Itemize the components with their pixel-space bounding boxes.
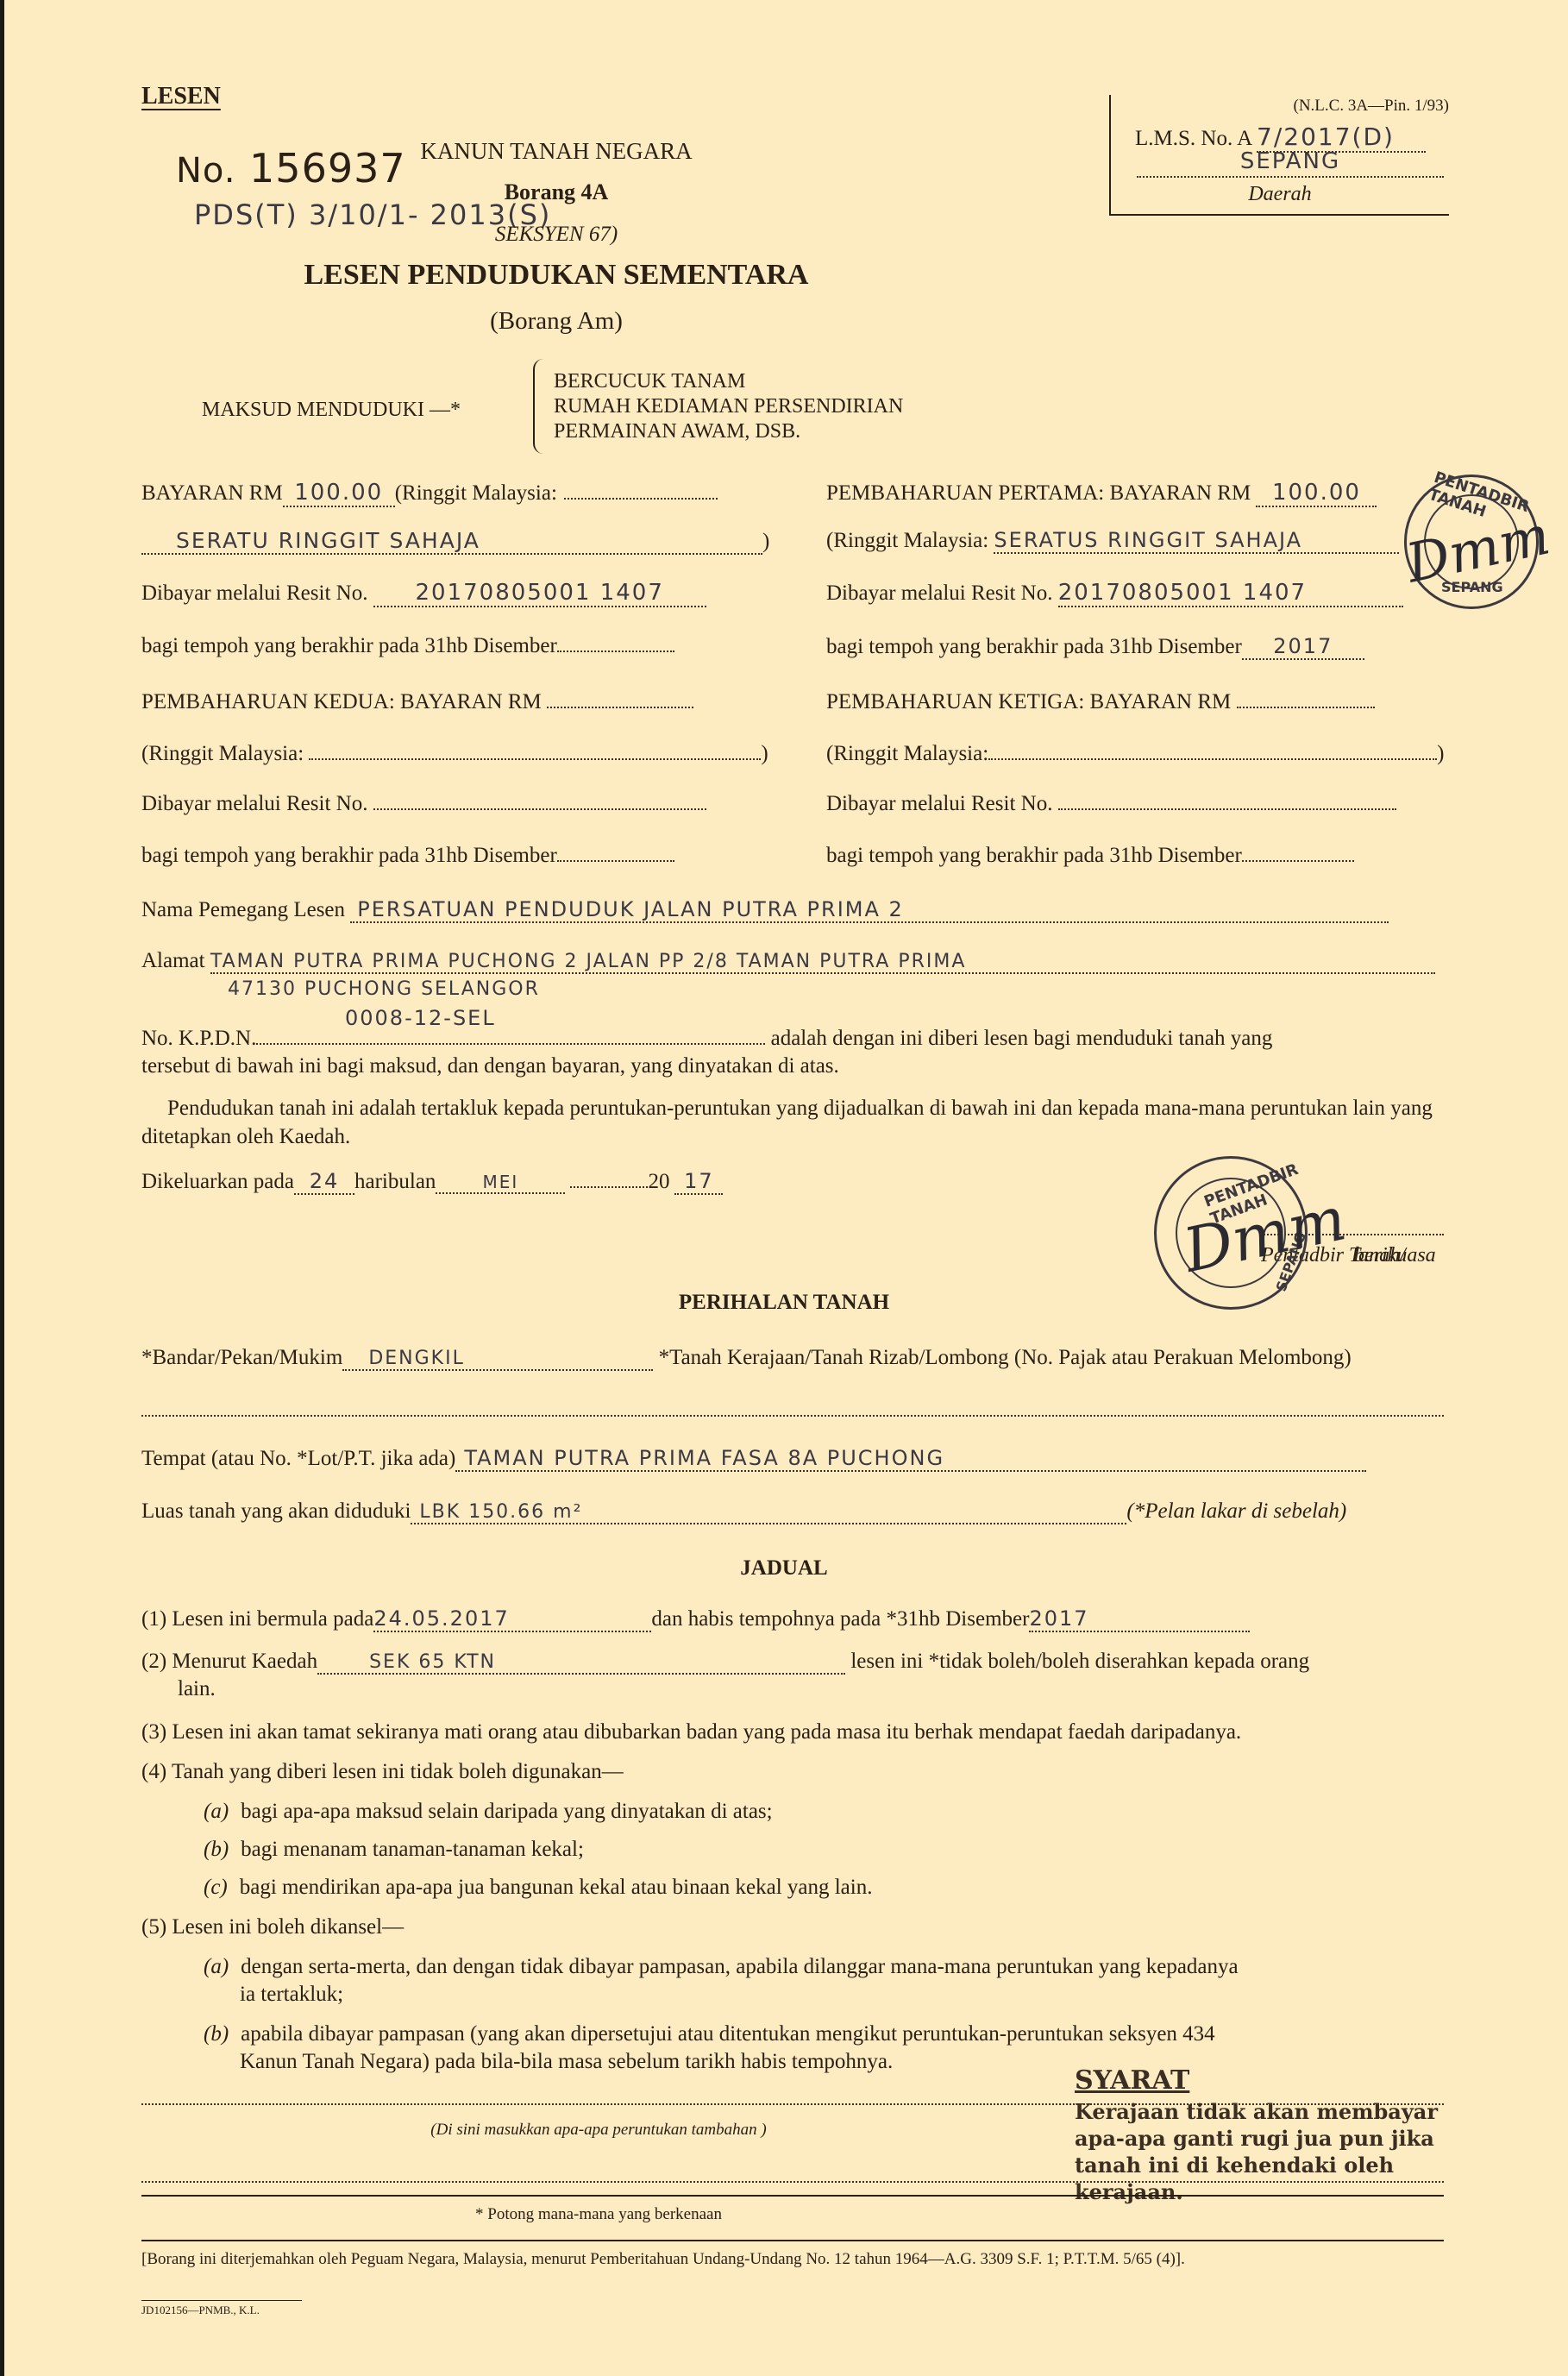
sub-mark: (a): [204, 1955, 229, 1978]
third-renewal-words: (Ringgit Malaysia:): [826, 742, 1445, 766]
purpose-option: RUMAH KEDIAMAN PERSENDIRIAN: [554, 394, 903, 419]
item5-sub-b: (b)apabila dibayar pampasan (yang akan d…: [204, 2022, 1215, 2046]
item4-sub-c: (c)bagi mendirikan apa-apa jua bangunan …: [204, 1876, 872, 1900]
issued-day-value: 24: [294, 1169, 354, 1195]
ringgit-label: (Ringgit Malaysia:: [141, 742, 304, 765]
holder-name-value: PERSATUAN PENDUDUK JALAN PUTRA PRIMA 2: [350, 897, 1389, 923]
third-renewal-period: bagi tempoh yang berakhir pada 31hb Dise…: [826, 844, 1354, 868]
form-label: LESEN: [141, 83, 221, 110]
section-ref: SEKSYEN 67): [0, 223, 1113, 247]
initial-receipt: Dibayar melalui Resit No. 20170805001 14…: [141, 580, 706, 607]
sub-mark: (b): [204, 1838, 229, 1861]
syarat-line: tanah ini di kehendaki oleh: [1075, 2152, 1471, 2178]
mukim-value: DENGKIL: [342, 1348, 653, 1371]
item1-mid: dan habis tempohnya pada *31hb Disember: [651, 1607, 1029, 1631]
item4-sub-a: (a)bagi apa-apa maksud selain daripada y…: [204, 1800, 773, 1824]
second-renewal-words: (Ringgit Malaysia: ): [141, 742, 768, 766]
subject-paragraph: Pendudukan tanah ini adalah tertakluk ke…: [141, 1094, 1444, 1151]
address-field: Alamat TAMAN PUTRA PRIMA PUCHONG 2 JALAN…: [141, 949, 1435, 974]
ringgit-label: (Ringgit Malaysia:: [826, 529, 988, 552]
scan-edge: [0, 0, 4, 2376]
schedule-item-1: (1) Lesen ini bermula pada24.05.2017dan …: [141, 1606, 1250, 1632]
place-label: Tempat (atau No. *Lot/P.T. jika ada): [141, 1447, 455, 1470]
period-label: bagi tempoh yang berakhir pada 31hb Dise…: [141, 634, 557, 657]
amount-label: PEMBAHARUAN PERTAMA: BAYARAN RM: [826, 481, 1251, 505]
period-label: bagi tempoh yang berakhir pada 31hb Dise…: [826, 635, 1242, 658]
purpose-option: PERMAINAN AWAM, DSB.: [554, 419, 903, 444]
item4-sub-b: (b)bagi menanam tanaman-tanaman kekal;: [204, 1838, 584, 1862]
item2-label: (2) Menurut Kaedah: [141, 1650, 317, 1673]
second-renewal-amount: PEMBAHARUAN KEDUA: BAYARAN RM: [141, 690, 693, 714]
initial-payment-words: SERATU RINGGIT SAHAJA): [141, 528, 769, 555]
brace: [533, 359, 543, 454]
divider: [141, 2300, 302, 2301]
address-line-2: 47130 PUCHONG SELANGOR: [228, 978, 540, 1000]
page-title: LESEN PENDUDUKAN SEMENTARA: [0, 259, 1113, 292]
schedule-item-4: (4) Tanah yang diberi lesen ini tidak bo…: [141, 1760, 624, 1784]
ringgit-label: (Ringgit Malaysia:: [826, 742, 988, 765]
act-name: KANUN TANAH NEGARA: [0, 138, 1113, 165]
syarat-title: SYARAT: [1075, 2065, 1189, 2096]
amount-label: PEMBAHARUAN KEDUA: BAYARAN RM: [141, 690, 542, 713]
item5-sub-a-cont: ia tertakluk;: [240, 1983, 343, 2007]
district-label: Daerah: [1111, 183, 1449, 206]
receipt-label: Dibayar melalui Resit No.: [826, 581, 1052, 605]
signatory-right: berikuasa: [1354, 1244, 1436, 1267]
issued-month-label: haribulan: [354, 1170, 436, 1193]
issued-day-label: Dikeluarkan pada: [141, 1170, 294, 1193]
first-renewal-amount: PEMBAHARUAN PERTAMA: BAYARAN RM 100.00: [826, 480, 1377, 507]
sub-text: bagi mendirikan apa-apa jua bangunan kek…: [240, 1876, 873, 1899]
divider: [141, 2195, 1444, 2197]
address-label: Alamat: [141, 949, 205, 972]
kpdn-field: No. K.P.D.N. adalah dengan ini diberi le…: [141, 1027, 1272, 1051]
second-renewal-period: bagi tempoh yang berakhir pada 31hb Dise…: [141, 844, 674, 868]
start-date-value: 24.05.2017: [373, 1606, 651, 1632]
period-label: bagi tempoh yang berakhir pada 31hb Dise…: [141, 844, 557, 867]
item5-sub-a: (a)dengan serta-merta, dan dengan tidak …: [204, 1955, 1239, 1979]
issued-year-label: 20: [648, 1170, 669, 1193]
holder-name-field: Nama Pemegang Lesen PERSATUAN PENDUDUK J…: [141, 897, 1389, 923]
amount-label: BAYARAN RM: [141, 481, 283, 505]
additional-placeholder: (Di sini masukkan apa-apa peruntukan tam…: [141, 2121, 1056, 2140]
translation-note: [Borang ini diterjemahkan oleh Peguam Ne…: [141, 2250, 1185, 2269]
schedule-item-3: (3) Lesen ini akan tamat sekiranya mati …: [141, 1720, 1241, 1744]
second-renewal-receipt: Dibayar melalui Resit No.: [141, 792, 706, 816]
amount-value: 100.00: [1256, 480, 1377, 507]
initial-payment-amount: BAYARAN RM100.00(Ringgit Malaysia:: [141, 480, 718, 507]
schedule-item-5: (5) Lesen ini boleh dikansel—: [141, 1915, 404, 1939]
purpose-label: MAKSUD MENDUDUKI —*: [202, 399, 461, 422]
lms-label: L.M.S. No. A: [1135, 127, 1251, 150]
printer-code: JD102156—PNMB., K.L.: [141, 2304, 260, 2317]
purpose-options: BERCUCUK TANAM RUMAH KEDIAMAN PERSENDIRI…: [554, 369, 903, 444]
syarat-text: Kerajaan tidak akan membayar apa-apa gan…: [1075, 2098, 1471, 2205]
issued-date-field: Dikeluarkan pada24haribulanMEI2017: [141, 1169, 723, 1195]
amount-value: 100.00: [283, 480, 395, 507]
issued-year-value: 17: [674, 1169, 723, 1195]
schedule-heading: JADUAL: [0, 1556, 1568, 1581]
sub-mark: (b): [204, 2022, 229, 2046]
third-renewal-receipt: Dibayar melalui Resit No.: [826, 792, 1396, 816]
land-heading: PERIHALAN TANAH: [0, 1291, 1568, 1315]
district-value: SEPANG: [1137, 148, 1444, 178]
receipt-label: Dibayar melalui Resit No.: [826, 792, 1052, 815]
grant-text-2: tersebut di bawah ini bagi maksud, dan d…: [141, 1054, 839, 1078]
kpdn-label: No. K.P.D.N.: [141, 1027, 256, 1050]
sub-text: bagi apa-apa maksud selain daripada yang…: [241, 1800, 772, 1823]
sub-text: dengan serta-merta, dan dengan tidak dib…: [241, 1955, 1238, 1978]
first-renewal-words: (Ringgit Malaysia: SERATUS RINGGIT SAHAJ…: [826, 528, 1399, 554]
schedule-item-2: (2) Menurut KaedahSEK 65 KTN lesen ini *…: [141, 1650, 1309, 1675]
rule-value: SEK 65 KTN: [317, 1651, 845, 1675]
item5-sub-b-cont: Kanun Tanah Negara) pada bila-bila masa …: [240, 2050, 893, 2074]
lms-box: (N.L.C. 3A—Pin. 1/93) L.M.S. No. A 7/201…: [1109, 95, 1449, 216]
item2-cont: lain.: [178, 1677, 216, 1701]
form-code: (N.L.C. 3A—Pin. 1/93): [1294, 97, 1450, 116]
item1-label: (1) Lesen ini bermula pada: [141, 1607, 373, 1631]
ringgit-label: (Ringgit Malaysia:: [395, 481, 557, 505]
first-renewal-period: bagi tempoh yang berakhir pada 31hb Dise…: [826, 634, 1364, 660]
item2-text: lesen ini *tidak boleh/boleh diserahkan …: [850, 1650, 1309, 1673]
third-renewal-amount: PEMBAHARUAN KETIGA: BAYARAN RM: [826, 690, 1375, 714]
grant-text: adalah dengan ini diberi lesen bagi mend…: [771, 1027, 1273, 1050]
syarat-line: kerajaan.: [1075, 2178, 1471, 2205]
receipt-label: Dibayar melalui Resit No.: [141, 792, 367, 815]
syarat-line: Kerajaan tidak akan membayar: [1075, 2098, 1471, 2125]
area-label: Luas tanah yang akan diduduki: [141, 1499, 411, 1523]
mukim-label: *Bandar/Pekan/Mukim: [141, 1346, 342, 1369]
mukim-field: *Bandar/Pekan/MukimDENGKIL *Tanah Keraja…: [141, 1346, 1352, 1371]
sub-mark: (a): [204, 1800, 229, 1823]
ringgit-words-value: SERATUS RINGGIT SAHAJA: [994, 528, 1399, 554]
land-type-line: [141, 1415, 1444, 1417]
area-note: (*Pelan lakar di sebelah): [1126, 1499, 1346, 1523]
receipt-value: 20170805001 1407: [1058, 580, 1403, 607]
first-renewal-receipt: Dibayar melalui Resit No. 20170805001 14…: [826, 580, 1403, 607]
place-field: Tempat (atau No. *Lot/P.T. jika ada)TAMA…: [141, 1446, 1366, 1472]
sub-text: bagi menanam tanaman-tanaman kekal;: [241, 1838, 584, 1861]
area-field: Luas tanah yang akan didudukiLBK 150.66 …: [141, 1499, 1346, 1524]
syarat-line: apa-apa ganti rugi jua pun jika: [1075, 2125, 1471, 2152]
initial-period: bagi tempoh yang berakhir pada 31hb Dise…: [141, 634, 674, 658]
purpose-option: BERCUCUK TANAM: [554, 369, 903, 394]
form-number: Borang 4A: [0, 179, 1113, 205]
period-value: 2017: [1242, 634, 1364, 660]
holder-name-label: Nama Pemegang Lesen: [141, 898, 345, 921]
issued-month-value: MEI: [436, 1172, 565, 1194]
end-year-value: 2017: [1029, 1606, 1250, 1632]
page-subtitle: (Borang Am): [0, 307, 1113, 336]
land-type-label: *Tanah Kerajaan/Tanah Rizab/Lombong (No.…: [659, 1346, 1352, 1369]
strike-note: * Potong mana-mana yang berkenaan: [141, 2205, 1056, 2224]
amount-label: PEMBAHARUAN KETIGA: BAYARAN RM: [826, 690, 1231, 713]
divider: [141, 2240, 1444, 2241]
place-value: TAMAN PUTRA PRIMA FASA 8A PUCHONG: [455, 1446, 1366, 1472]
receipt-label: Dibayar melalui Resit No.: [141, 581, 367, 605]
sub-text: apabila dibayar pampasan (yang akan dipe…: [241, 2022, 1215, 2046]
area-value: LBK 150.66 m²: [411, 1501, 1126, 1524]
address-line-1: TAMAN PUTRA PRIMA PUCHONG 2 JALAN PP 2/8…: [210, 951, 1435, 974]
period-label: bagi tempoh yang berakhir pada 31hb Dise…: [826, 844, 1242, 867]
ringgit-words-value: SERATU RINGGIT SAHAJA: [141, 528, 762, 555]
receipt-value: 20170805001 1407: [373, 580, 706, 607]
sub-mark: (c): [204, 1876, 228, 1899]
